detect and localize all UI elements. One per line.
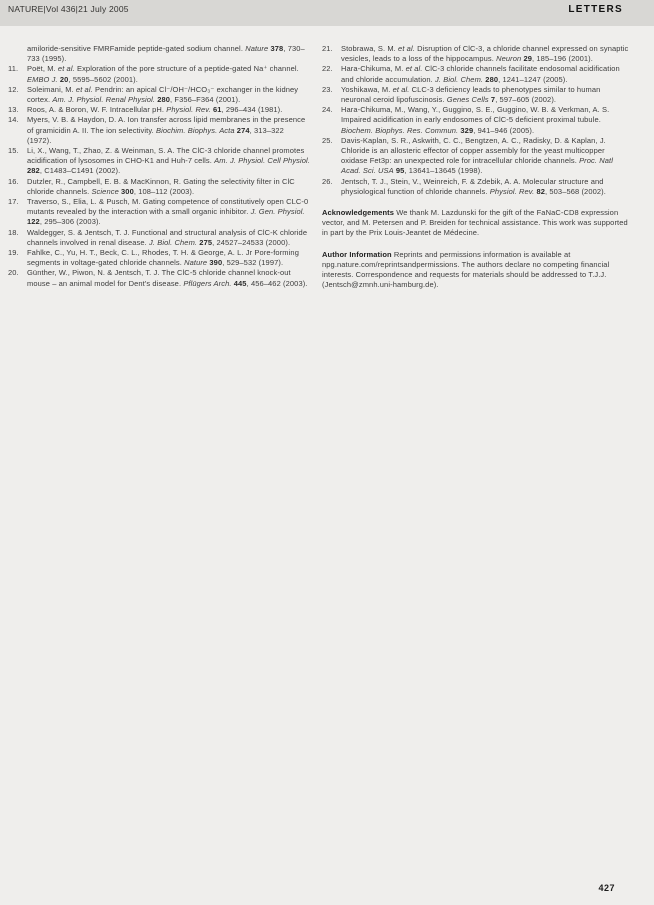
reference-text: Davis-Kaplan, S. R., Askwith, C. C., Ben…: [341, 136, 630, 177]
acknowledgements-label: Acknowledgements: [322, 208, 394, 217]
reference-item: 11.Poët, M. et al. Exploration of the po…: [8, 64, 310, 84]
reference-number: 19.: [8, 248, 27, 268]
reference-text: Traverso, S., Elia, L. & Pusch, M. Gatin…: [27, 197, 310, 228]
reference-text: Poët, M. et al. Exploration of the pore …: [27, 64, 310, 84]
reference-item: 22.Hara-Chikuma, M. et al. ClC-3 chlorid…: [322, 64, 630, 84]
journal-page: NATURE|Vol 436|21 July 2005 LETTERS amil…: [0, 0, 654, 905]
reference-number: 11.: [8, 64, 27, 84]
reference-text: Myers, V. B. & Haydon, D. A. Ion transfe…: [27, 115, 310, 146]
reference-text: Dutzler, R., Campbell, E. B. & MacKinnon…: [27, 177, 310, 197]
reference-number: 13.: [8, 105, 27, 115]
author-information-paragraph: Author Information Reprints and permissi…: [322, 250, 630, 291]
reference-number: 21.: [322, 44, 341, 64]
reference-number: 23.: [322, 85, 341, 105]
reference-item: 12.Soleimani, M. et al. Pendrin: an apic…: [8, 85, 310, 105]
reference-text: Günther, W., Piwon, N. & Jentsch, T. J. …: [27, 268, 310, 288]
reference-item: 15.Li, X., Wang, T., Zhao, Z. & Weinman,…: [8, 146, 310, 177]
reference-text: Soleimani, M. et al. Pendrin: an apical …: [27, 85, 310, 105]
reference-number: 12.: [8, 85, 27, 105]
reference-item: 14.Myers, V. B. & Haydon, D. A. Ion tran…: [8, 115, 310, 146]
reference-number: 20.: [8, 268, 27, 288]
reference-item: 16.Dutzler, R., Campbell, E. B. & MacKin…: [8, 177, 310, 197]
reference-text: Jentsch, T. J., Stein, V., Weinreich, F.…: [341, 177, 630, 197]
references-section: amiloride-sensitive FMRFamide peptide-ga…: [8, 44, 654, 290]
reference-text: Yoshikawa, M. et al. CLC-3 deficiency le…: [341, 85, 630, 105]
reference-text: Fahlke, C., Yu, H. T., Beck, C. L., Rhod…: [27, 248, 310, 268]
reference-text: Hara-Chikuma, M. et al. ClC-3 chloride c…: [341, 64, 630, 84]
reference-text: amiloride-sensitive FMRFamide peptide-ga…: [27, 44, 310, 64]
page-header: NATURE|Vol 436|21 July 2005 LETTERS: [0, 0, 654, 26]
reference-number: 14.: [8, 115, 27, 146]
reference-number: 25.: [322, 136, 341, 177]
reference-number: 17.: [8, 197, 27, 228]
page-footer: 427: [598, 878, 615, 896]
references-list-right: 21.Stobrawa, S. M. et al. Disruption of …: [322, 44, 630, 197]
reference-number: 15.: [8, 146, 27, 177]
reference-item: amiloride-sensitive FMRFamide peptide-ga…: [8, 44, 310, 64]
reference-item: 20.Günther, W., Piwon, N. & Jentsch, T. …: [8, 268, 310, 288]
author-information-label: Author Information: [322, 250, 392, 259]
acknowledgements-paragraph: Acknowledgements We thank M. Lazdunski f…: [322, 208, 630, 239]
journal-issue-info: NATURE|Vol 436|21 July 2005: [8, 4, 129, 14]
reference-item: 17.Traverso, S., Elia, L. & Pusch, M. Ga…: [8, 197, 310, 228]
reference-item: 18.Waldegger, S. & Jentsch, T. J. Functi…: [8, 228, 310, 248]
reference-item: 25.Davis-Kaplan, S. R., Askwith, C. C., …: [322, 136, 630, 177]
reference-item: 13.Roos, A. & Boron, W. F. Intracellular…: [8, 105, 310, 115]
reference-item: 26.Jentsch, T. J., Stein, V., Weinreich,…: [322, 177, 630, 197]
reference-text: Hara-Chikuma, M., Wang, Y., Guggino, S. …: [341, 105, 630, 136]
reference-item: 19.Fahlke, C., Yu, H. T., Beck, C. L., R…: [8, 248, 310, 268]
reference-item: 21.Stobrawa, S. M. et al. Disruption of …: [322, 44, 630, 64]
reference-text: Stobrawa, S. M. et al. Disruption of ClC…: [341, 44, 630, 64]
reference-item: 24.Hara-Chikuma, M., Wang, Y., Guggino, …: [322, 105, 630, 136]
reference-text: Roos, A. & Boron, W. F. Intracellular pH…: [27, 105, 310, 115]
page-number: 427: [598, 883, 615, 893]
references-column-right: 21.Stobrawa, S. M. et al. Disruption of …: [322, 44, 630, 290]
references-column-left: amiloride-sensitive FMRFamide peptide-ga…: [8, 44, 310, 290]
reference-number: 24.: [322, 105, 341, 136]
reference-text: Waldegger, S. & Jentsch, T. J. Functiona…: [27, 228, 310, 248]
reference-number: [8, 44, 27, 64]
reference-number: 22.: [322, 64, 341, 84]
section-label: LETTERS: [568, 4, 623, 15]
reference-number: 26.: [322, 177, 341, 197]
reference-number: 18.: [8, 228, 27, 248]
reference-number: 16.: [8, 177, 27, 197]
reference-item: 23.Yoshikawa, M. et al. CLC-3 deficiency…: [322, 85, 630, 105]
reference-text: Li, X., Wang, T., Zhao, Z. & Weinman, S.…: [27, 146, 310, 177]
